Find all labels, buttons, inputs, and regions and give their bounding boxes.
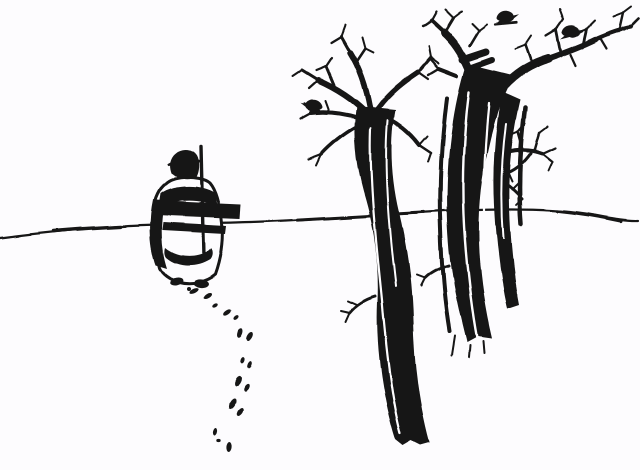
paper-background	[0, 0, 640, 470]
ink-drawing	[0, 0, 640, 470]
ink-drawing-canvas	[0, 0, 640, 470]
footprint-mark	[217, 439, 221, 442]
